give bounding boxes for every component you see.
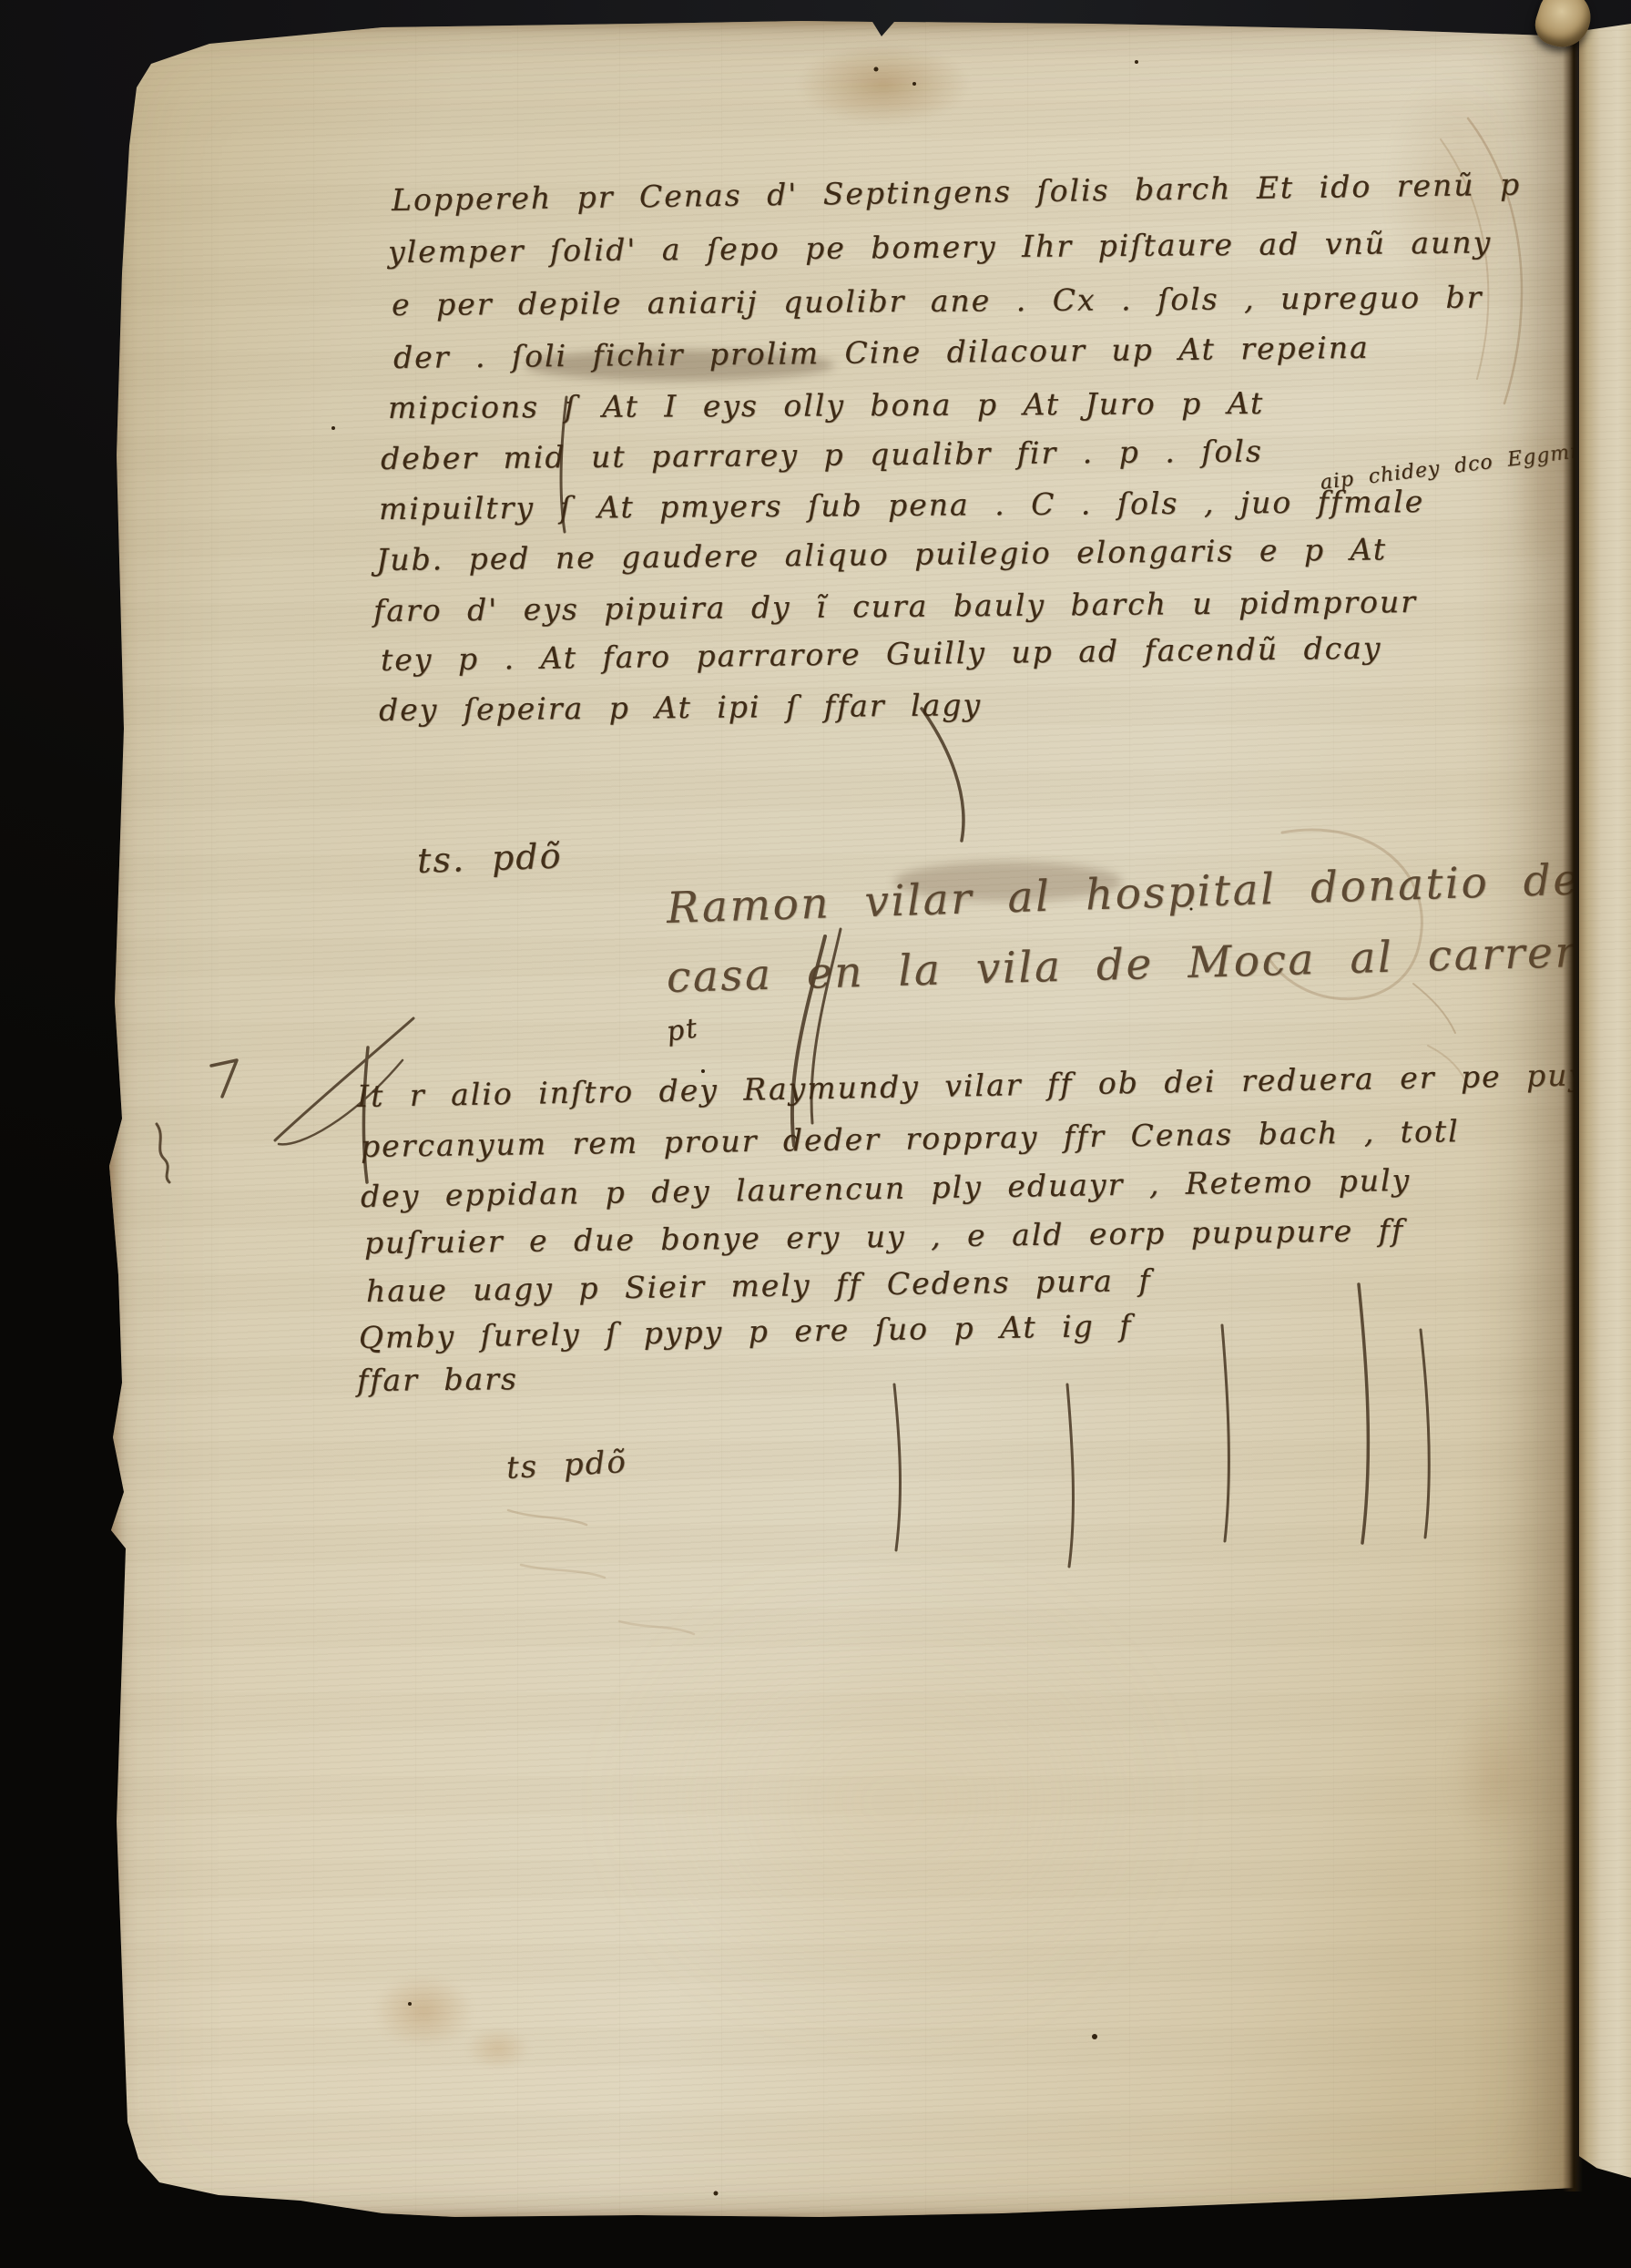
entry1-line: der . ſoli fichir prolim Cine dilacour u… (393, 330, 1370, 375)
marginal-note-1: ts. pdõ (416, 835, 563, 881)
entry1-line: Jub. ped ne gaudere aliquo puilegio elon… (376, 531, 1387, 577)
stain (1512, 399, 1575, 581)
entry1-line: mipuiltry ſ At pmyers ſub pena . C . ſol… (379, 484, 1424, 526)
entry1-line: faro d' eys pipuira dy ĩ cura bauly barc… (373, 584, 1417, 628)
entry2-line: It r alio inſtro dey Raymundy vilar ff o… (357, 1057, 1588, 1114)
entry2-line: haue uagy p Sieir mely ff Cedens pura f (366, 1262, 1152, 1309)
stain (797, 44, 970, 126)
entry1-line: deber mid ut parrarey p qualibr fir . p … (381, 434, 1263, 476)
interlinear-addition: aip chidey dco Eggmnely (1319, 435, 1616, 495)
discoloration (601, 1565, 1184, 2038)
foxing-spot (466, 2028, 530, 2069)
heading-mark: pt (665, 1012, 701, 1048)
entry1-line: dey ſepeira p At ipi ſ ffar lagy (379, 687, 982, 728)
entry2-line: puſruier e due bonye ery uy , e ald eorp… (364, 1212, 1405, 1261)
entry2-line: percanyum rem prour deder roppray ffr Ce… (361, 1113, 1460, 1164)
entry1-line: mipcions ſ At I eys olly bona p At Juro … (388, 385, 1264, 425)
entry2-line: ffar bars (357, 1361, 518, 1398)
heading-line-1: Ramon vilar al hospital donatio de una (666, 851, 1631, 934)
entry1-line: tey p . At faro parrarore Guilly up ad f… (381, 630, 1382, 678)
entry2-line: Qmby ſurely ſ pypy p ere ſuo p At ig f (359, 1308, 1133, 1355)
entry2-line: dey eppidan p dey laurencun ply eduayr ,… (361, 1162, 1412, 1214)
entry1-line: e per depile aniarij quolibr ane . Cx . … (392, 280, 1483, 322)
heading-line-2: casa en la vila de Moca al carrer nou (666, 924, 1631, 1003)
manuscript-scan: Loppereh pr Cenas d' Septingens ſolis ba… (0, 0, 1631, 2268)
foxing-spot (373, 1975, 474, 2048)
adjacent-page-edge (1579, 24, 1631, 2184)
marginal-note-2: ts pdõ (505, 1444, 628, 1486)
stain (1448, 1701, 1548, 1847)
entry1-line: Loppereh pr Cenas d' Septingens ſolis ba… (392, 167, 1522, 218)
manuscript-page: Loppereh pr Cenas d' Septingens ſolis ba… (109, 16, 1574, 2224)
entry1-line: ylemper ſolid' a ſepo pe bomery Ihr piſt… (388, 224, 1493, 270)
